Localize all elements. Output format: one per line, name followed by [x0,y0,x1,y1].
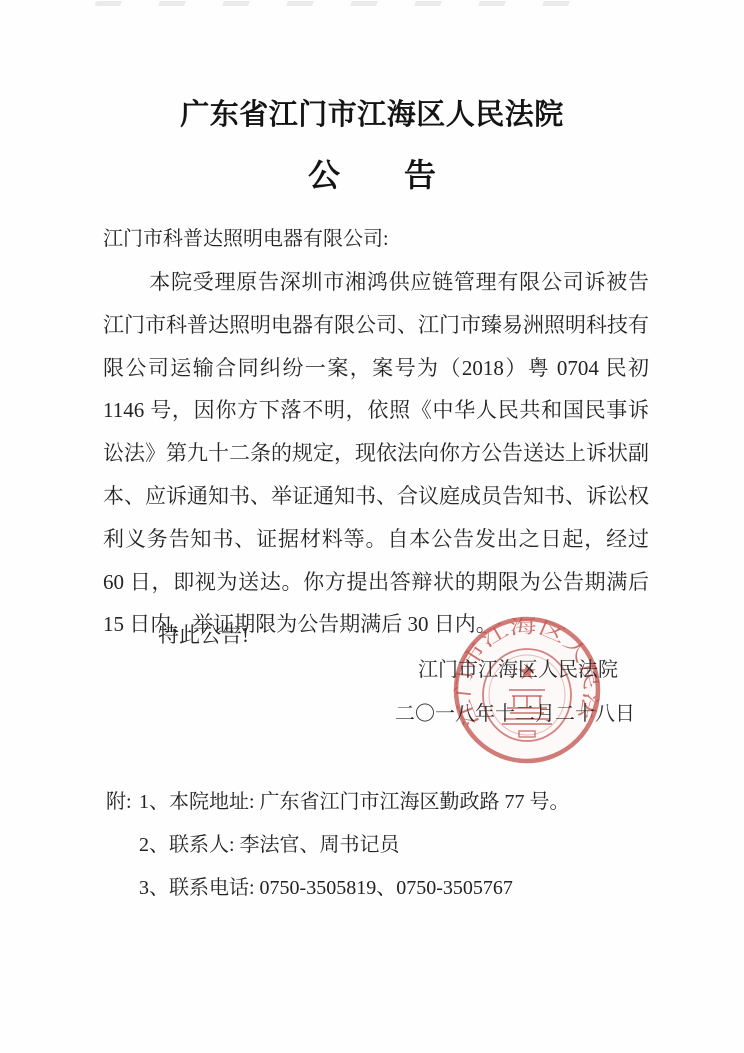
scan-artifact [94,1,586,6]
closing-line: 特此公告! [103,620,249,650]
notice-body-paragraph: 本院受理原告深圳市湘鸿供应链管理有限公司诉被告江门市科普达照明电器有限公司、江门… [103,261,649,646]
attachments-list: 1、本院地址: 广东省江门市江海区勤政路 77 号。 2、联系人: 李法官、周书… [139,781,646,910]
court-notice-document: 广东省江门市江海区人民法院 公 告 江门市科普达照明电器有限公司: 本院受理原告… [0,0,744,1053]
attachment-contact-phones: 3、联系电话: 0750-3505819、0750-3505767 [139,867,646,910]
notice-title: 公 告 [0,150,744,196]
attachments-label: 附: [106,781,139,824]
attachment-contact-persons: 2、联系人: 李法官、周书记员 [139,824,646,867]
addressee-line: 江门市科普达照明电器有限公司: [103,224,663,254]
attachments-section: 附: 1、本院地址: 广东省江门市江海区勤政路 77 号。 2、联系人: 李法官… [106,781,646,910]
attachment-court-address: 1、本院地址: 广东省江门市江海区勤政路 77 号。 [139,781,646,824]
court-name-heading: 广东省江门市江海区人民法院 [0,92,744,133]
signature-date: 二〇一八年十二月二十八日 [395,700,635,728]
court-seal-graphic: 江门市江海区人民法院 [452,612,602,768]
court-seal: 江门市江海区人民法院 [452,612,602,768]
signature-court-name: 江门市江海区人民法院 [418,656,618,684]
